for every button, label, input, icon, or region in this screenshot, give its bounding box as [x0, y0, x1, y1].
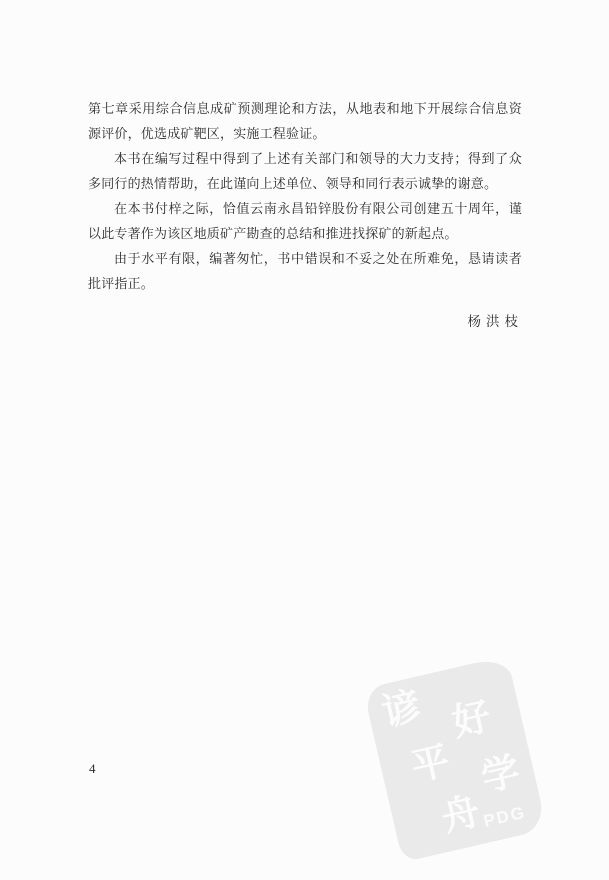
paragraph-2: 本书在编写过程中得到了上述有关部门和领导的大力支持；得到了众多同行的热情帮助，在…	[88, 146, 522, 196]
watermark-seal-glyph: 好	[449, 697, 495, 743]
author-signature: 杨洪枝	[468, 309, 524, 334]
paragraph-1: 第七章采用综合信息成矿预测理论和方法，从地表和地下开展综合信息资源评价，优选成矿…	[88, 96, 522, 146]
watermark-seal-glyph: 舟	[438, 792, 484, 838]
watermark-seal: 谚 好 平 学 舟 PDG	[363, 656, 547, 863]
paragraph-3: 在本书付梓之际，恰值云南永昌铅锌股份有限公司创建五十周年，谨以此专著作为该区地质…	[88, 196, 522, 246]
page-text-block: 第七章采用综合信息成矿预测理论和方法，从地表和地下开展综合信息资源评价，优选成矿…	[88, 96, 522, 296]
watermark-seal-glyph: 谚	[379, 687, 425, 733]
watermark-pdg-label: PDG	[482, 804, 528, 831]
watermark-seal-glyph: 学	[478, 752, 524, 798]
watermark-seal-glyph: 平	[408, 742, 454, 788]
paragraph-4: 由于水平有限，编著匆忙，书中错误和不妥之处在所难免，恳请读者批评指正。	[88, 246, 522, 296]
page-number: 4	[89, 761, 96, 777]
